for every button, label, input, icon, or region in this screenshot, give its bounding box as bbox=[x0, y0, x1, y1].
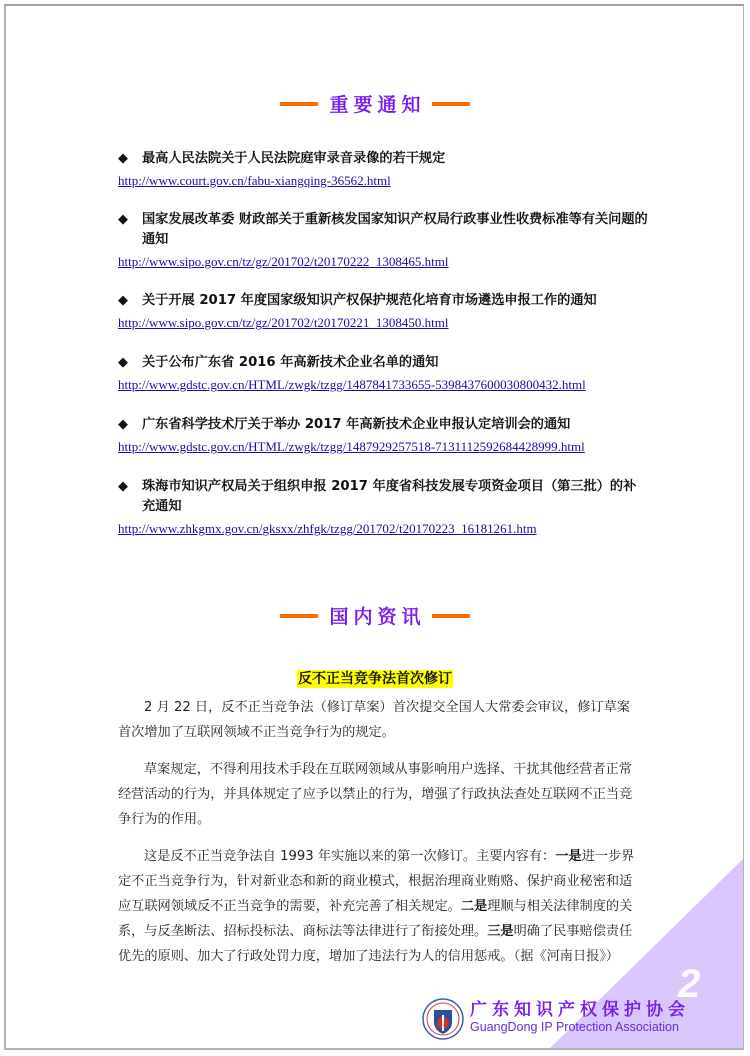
notice-item: ◆关于公布广东省 2016 年高新技术企业名单的通知 http://www.gd… bbox=[118, 353, 648, 393]
footer-org-name-cn: 广东知识产权保护协会 bbox=[470, 995, 690, 1020]
section-header-domestic: 国内资讯 bbox=[0, 602, 750, 629]
notice-link[interactable]: http://www.sipo.gov.cn/tz/gz/201702/t201… bbox=[118, 254, 648, 270]
dash-left bbox=[280, 102, 318, 106]
notice-title: 关于开展 2017 年度国家级知识产权保护规范化培育市场遴选申报工作的通知 bbox=[142, 291, 648, 311]
diamond-bullet-icon: ◆ bbox=[118, 477, 142, 497]
notice-item: ◆珠海市知识产权局关于组织申报 2017 年度省科技发展专项资金项目（第三批）的… bbox=[118, 477, 648, 537]
point-two-label: 二是 bbox=[461, 899, 487, 914]
notice-link[interactable]: http://www.court.gov.cn/fabu-xiangqing-3… bbox=[118, 173, 648, 189]
notice-link[interactable]: http://www.zhkgmx.gov.cn/gksxx/zhfgk/tzg… bbox=[118, 521, 648, 537]
diamond-bullet-icon: ◆ bbox=[118, 353, 142, 373]
notice-title: 广东省科学技术厅关于举办 2017 年高新技术企业申报认定培训会的通知 bbox=[142, 415, 648, 435]
notice-title: 关于公布广东省 2016 年高新技术企业名单的通知 bbox=[142, 353, 648, 373]
point-three-label: 三是 bbox=[487, 924, 513, 939]
article-title-highlight: 反不正当竞争法首次修订 bbox=[297, 670, 453, 688]
diamond-bullet-icon: ◆ bbox=[118, 291, 142, 311]
article-paragraph-2: 草案规定，不得利用技术手段在互联网领域从事影响用户选择、干扰其他经营者正常经营活… bbox=[118, 757, 638, 832]
association-emblem-icon bbox=[422, 998, 464, 1040]
notice-link[interactable]: http://www.gdstc.gov.cn/HTML/zwgk/tzgg/1… bbox=[118, 377, 648, 393]
section-title-domestic: 国内资讯 bbox=[329, 602, 425, 629]
point-one-label: 一是 bbox=[555, 849, 581, 864]
notice-link[interactable]: http://www.gdstc.gov.cn/HTML/zwgk/tzgg/1… bbox=[118, 439, 648, 455]
notice-title: 国家发展改革委 财政部关于重新核发国家知识产权局行政事业性收费标准等有关问题的通… bbox=[142, 210, 648, 250]
dash-left bbox=[280, 614, 318, 618]
section-header-notices: 重要通知 bbox=[0, 90, 750, 117]
p3-intro: 这是反不正当竞争法自 1993 年实施以来的第一次修订。主要内容有： bbox=[144, 849, 555, 864]
diamond-bullet-icon: ◆ bbox=[118, 149, 142, 169]
section-title-notices: 重要通知 bbox=[329, 90, 425, 117]
notice-link[interactable]: http://www.sipo.gov.cn/tz/gz/201702/t201… bbox=[118, 315, 648, 331]
notice-item: ◆最高人民法院关于人民法院庭审录音录像的若干规定 http://www.cour… bbox=[118, 149, 648, 189]
dash-right bbox=[432, 102, 470, 106]
notice-item: ◆关于开展 2017 年度国家级知识产权保护规范化培育市场遴选申报工作的通知 h… bbox=[118, 291, 648, 331]
notice-title: 珠海市知识产权局关于组织申报 2017 年度省科技发展专项资金项目（第三批）的补… bbox=[142, 477, 648, 517]
article-body: 2 月 22 日，反不正当竞争法（修订草案）首次提交全国人大常委会审议，修订草案… bbox=[118, 695, 638, 981]
diamond-bullet-icon: ◆ bbox=[118, 415, 142, 435]
article-paragraph-3: 这是反不正当竞争法自 1993 年实施以来的第一次修订。主要内容有：一是进一步界… bbox=[118, 844, 638, 969]
notice-title: 最高人民法院关于人民法院庭审录音录像的若干规定 bbox=[142, 149, 648, 169]
footer-org-name-en: GuangDong IP Protection Association bbox=[470, 1020, 679, 1034]
page-number: 2 bbox=[678, 962, 700, 1007]
dash-right bbox=[432, 614, 470, 618]
article-title: 反不正当竞争法首次修订 bbox=[0, 668, 750, 688]
notice-item: ◆广东省科学技术厅关于举办 2017 年高新技术企业申报认定培训会的通知 htt… bbox=[118, 415, 648, 455]
diamond-bullet-icon: ◆ bbox=[118, 210, 142, 230]
notice-item: ◆国家发展改革委 财政部关于重新核发国家知识产权局行政事业性收费标准等有关问题的… bbox=[118, 210, 648, 270]
article-paragraph-1: 2 月 22 日，反不正当竞争法（修订草案）首次提交全国人大常委会审议，修订草案… bbox=[118, 695, 638, 745]
